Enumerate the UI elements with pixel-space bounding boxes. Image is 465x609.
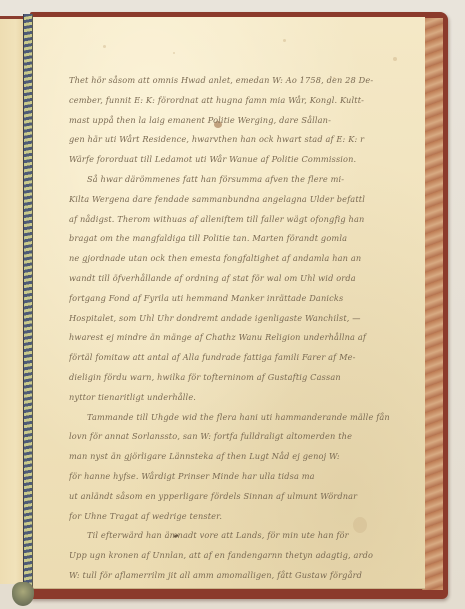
text-line: af nådigst. Therom withuas af alleniftem…: [69, 210, 409, 230]
text-line: cember, funnit E: K: förordnat att hugna…: [69, 91, 409, 111]
handwritten-text: Thet hör såsom att omnis Hwad anlet, eme…: [69, 71, 409, 586]
text-line: Til efterwärd han ämnadt vore att Lands,…: [69, 526, 409, 546]
foxing-spot: [173, 52, 175, 54]
text-line: ne gjordnade utan ock then emesta fongfa…: [69, 249, 409, 269]
text-line: Thet hör såsom att omnis Hwad anlet, eme…: [69, 71, 409, 91]
text-line: fortgang Fond af Fyrila uti hemmand Mank…: [69, 289, 409, 309]
text-line: dieligin fördu warn, hwilka för tofterni…: [69, 368, 409, 388]
text-line: Så hwar därömmenes fatt han försumma afv…: [69, 170, 409, 190]
text-line: wandt till öfverhållande af ordning af s…: [69, 269, 409, 289]
text-line: gen här uti Wårt Residence, hwarvthen ha…: [69, 130, 409, 150]
text-line: bragat om the mangfaldiga till Politie t…: [69, 229, 409, 249]
text-line: for Uhne Tragat af wedrige tenster.: [69, 507, 409, 527]
text-line: hwarest ej mindre än mänge af Chathz Wan…: [69, 328, 409, 348]
text-line: man nyst än gjörligare Lännsteka af then…: [69, 447, 409, 467]
spine-stitching: [23, 14, 33, 586]
marbled-page-edge: [422, 18, 443, 590]
foxing-spot: [283, 39, 286, 42]
text-line: förtäl fomitaw att antal af Alla fundrad…: [69, 348, 409, 368]
text-line: för hanne hyfse. Wårdigt Prinser Minde h…: [69, 467, 409, 487]
bookmark-tassel: [12, 582, 34, 606]
text-line: W: tull för aflamerrilm jit all amm amom…: [69, 566, 409, 586]
text-line: mast uppå then la laig emanent Politie W…: [69, 111, 409, 131]
text-line: nyttor tienaritligt underhålle.: [69, 388, 409, 408]
text-line: Hospitalet, som Uhl Uhr dondremt andade …: [69, 309, 409, 329]
text-line: ut anländt såsom en ypperligare fördels …: [69, 487, 409, 507]
text-line: Kilta Wergena dare fendade sammanbundna …: [69, 190, 409, 210]
manuscript-page: Thet hör såsom att omnis Hwad anlet, eme…: [33, 17, 425, 589]
text-line: Wärfe fororduat till Ledamot uti Wår Wan…: [69, 150, 409, 170]
text-line: lovn för annat Sorlanssto, san W: fortfa…: [69, 427, 409, 447]
foxing-spot: [393, 57, 397, 61]
foxing-spot: [103, 45, 106, 48]
text-line: Upp ugn kronen af Unnlan, att af en fand…: [69, 546, 409, 566]
text-line: Tammande till Uhgde wid the flera hani u…: [69, 408, 409, 428]
